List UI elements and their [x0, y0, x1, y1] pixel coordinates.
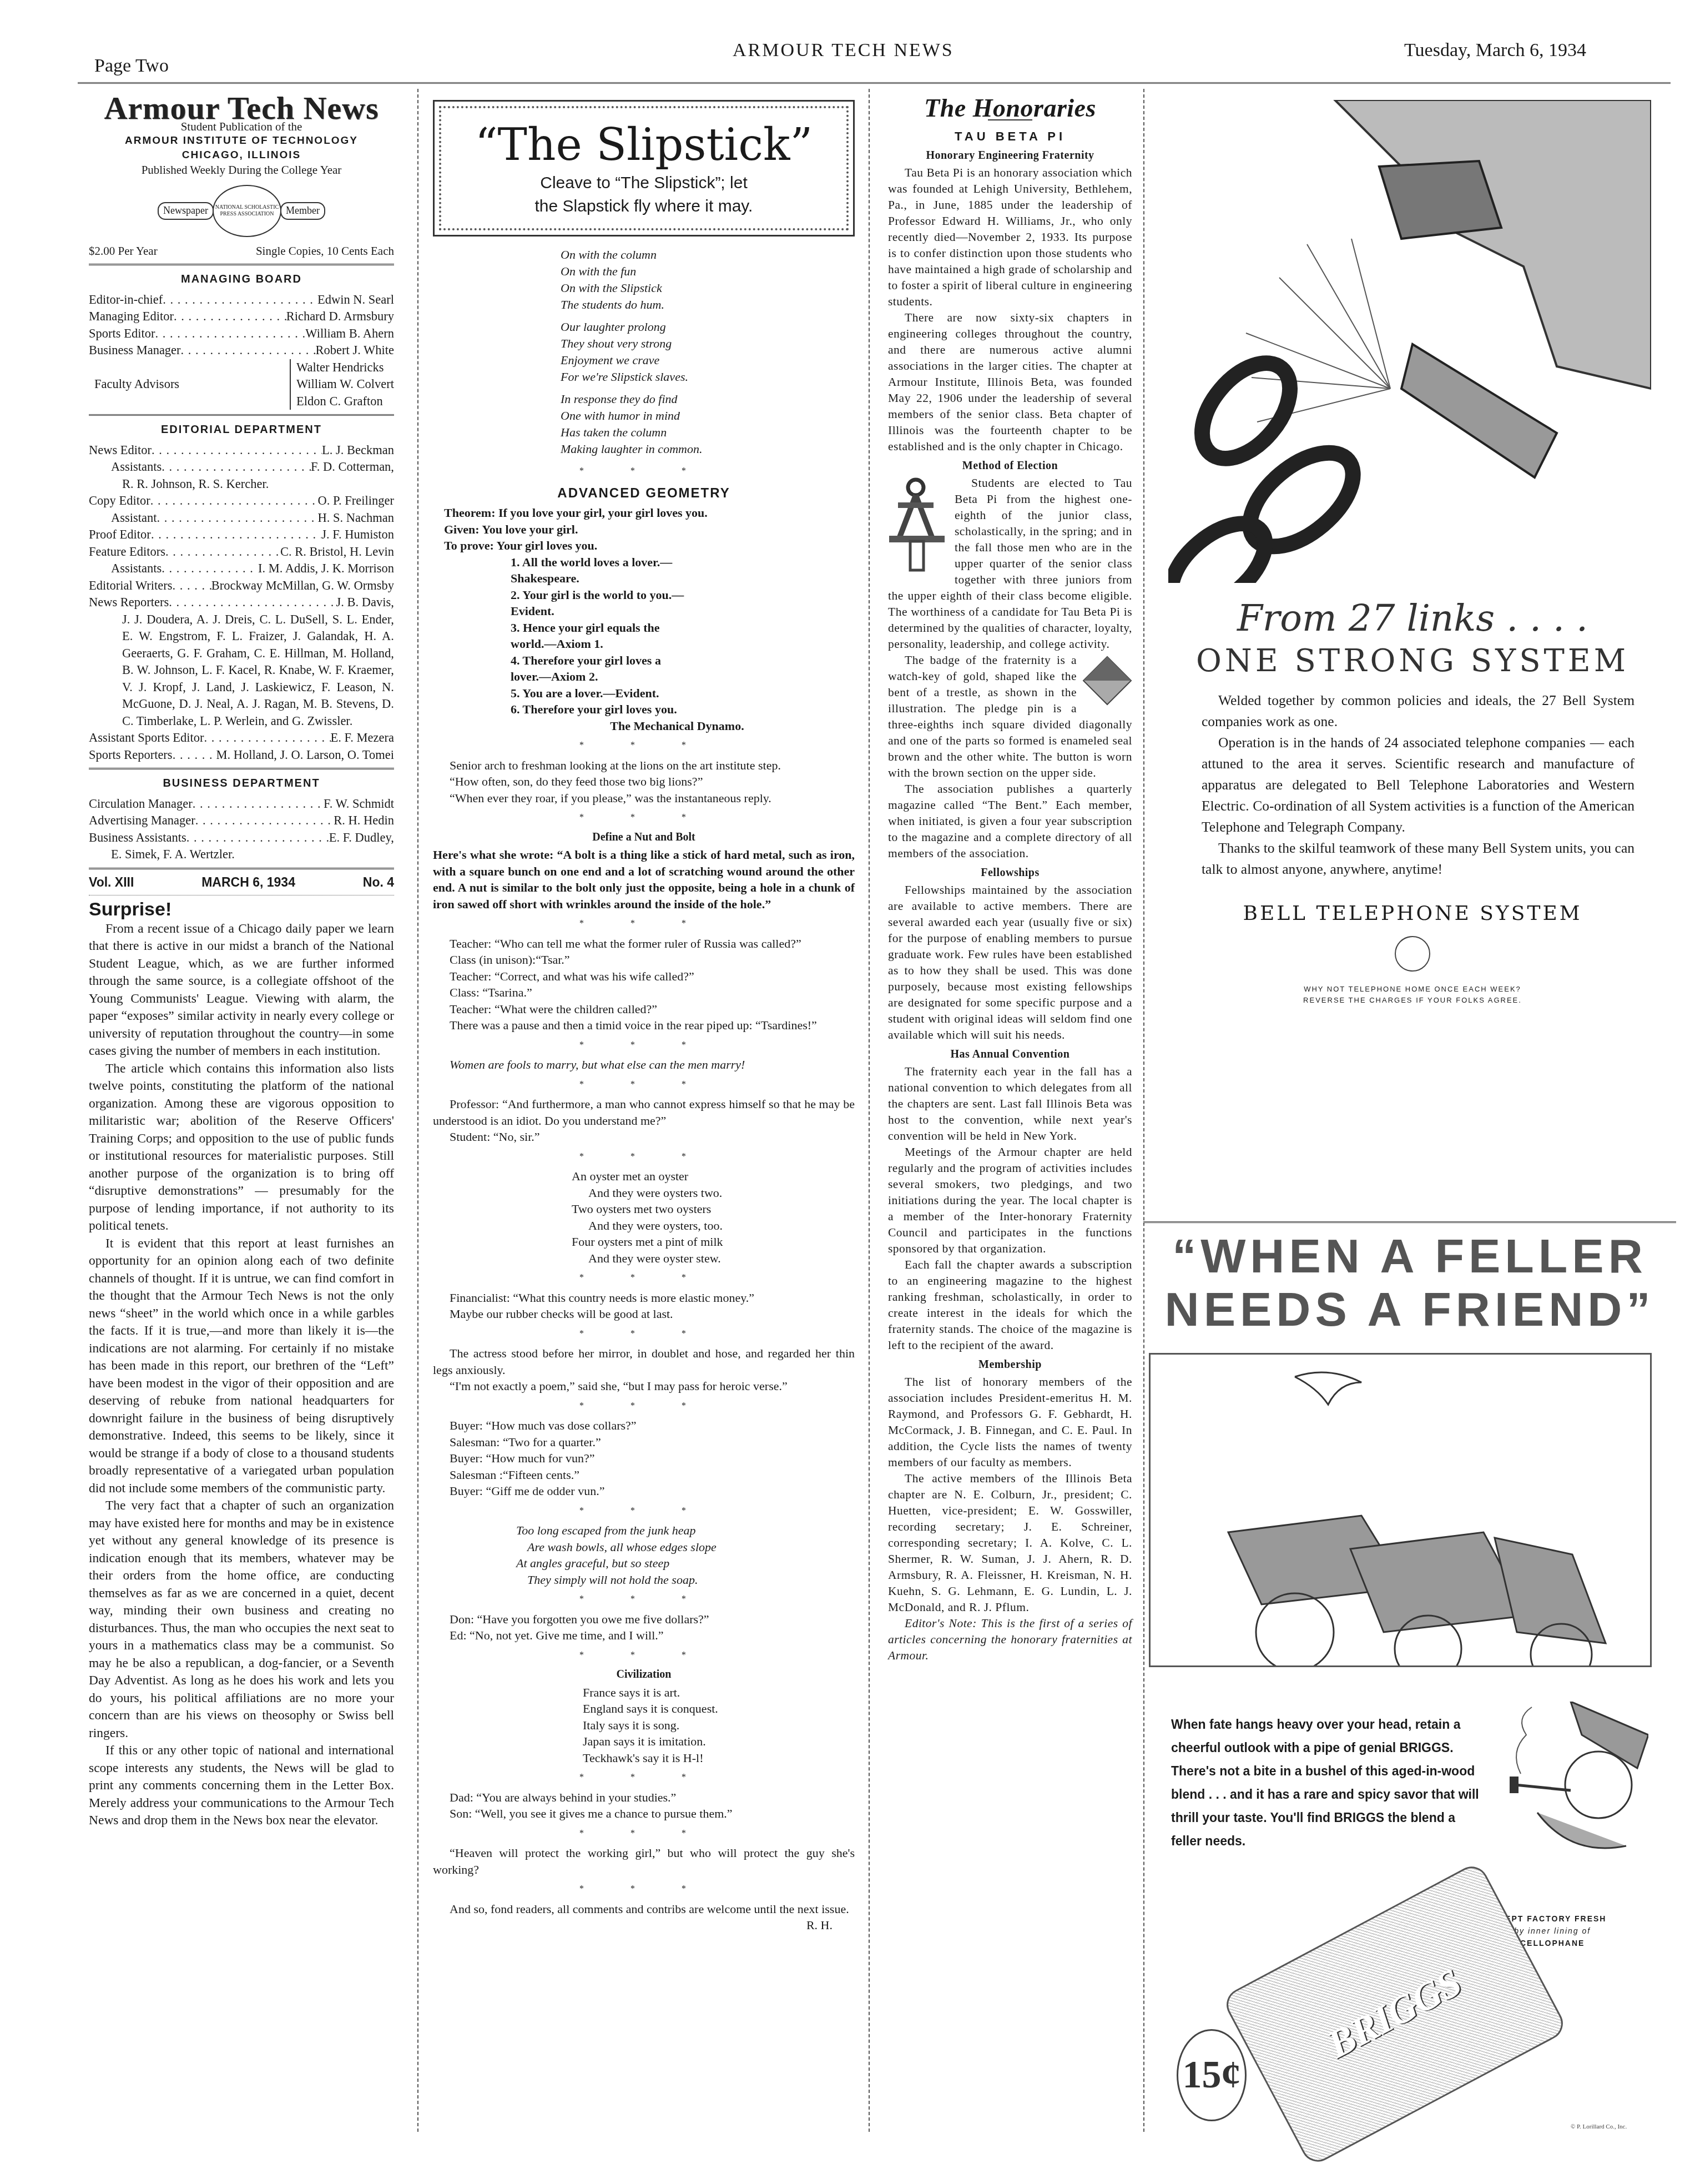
editorial-paragraph: The very fact that a chapter of such an … [89, 1497, 394, 1742]
staff-role: Sports Reporters [89, 747, 173, 764]
divider [89, 768, 394, 769]
ad-paragraph: Thanks to the skilful teamwork of these … [1202, 838, 1634, 880]
pricing-row: $2.00 Per Year Single Copies, 10 Cents E… [89, 243, 394, 260]
section-separator: * * * [433, 463, 855, 480]
proof-step: 1. All the world loves a lover.—Shakespe… [511, 554, 688, 587]
masthead-line: Published Weekly During the College Year [89, 163, 394, 177]
joke-line: Salesman: “Two for a quarter.” [450, 1434, 855, 1451]
section-separator: * * * [433, 1149, 855, 1165]
staff-role: Copy Editor [89, 492, 150, 510]
badge-right: Member [280, 202, 325, 220]
subheading: Has Annual Convention [888, 1046, 1132, 1063]
slipstick-column: “The Slipstick” Cleave to “The Slipstick… [433, 100, 855, 1934]
staff-row: Copy EditorO. P. Freilinger [89, 492, 394, 510]
section-separator: * * * [433, 737, 855, 754]
masthead-column: Armour Tech News Student Publication of … [89, 100, 394, 1830]
slipstick-banner: “The Slipstick” Cleave to “The Slipstick… [433, 100, 855, 236]
section-separator: * * * [433, 1881, 855, 1898]
poem-line: Has taken the column [561, 424, 855, 441]
editors-note: Editor's Note: This is the first of a se… [888, 1616, 1132, 1664]
staff-name: E. F. Dudley, [329, 829, 394, 847]
staff-name: E. F. Mezera [331, 729, 394, 747]
watch-key-badge-icon [888, 477, 949, 572]
poem-line: And they were oyster stew. [572, 1250, 855, 1267]
price-year: $2.00 Per Year [89, 243, 158, 260]
article-paragraph: The list of honorary members of the asso… [888, 1374, 1132, 1471]
tin-label: BRIGGS [1320, 1960, 1469, 2067]
joke-line: Don: “Have you forgotten you owe me five… [450, 1611, 855, 1628]
staff-name: L. J. Beckman [322, 442, 394, 459]
poem-line: For we're Slipstick slaves. [561, 369, 855, 385]
joke-line: Senior arch to freshman looking at the l… [433, 757, 855, 774]
volume-number: Vol. XIII [89, 874, 134, 891]
staff-row: News ReportersJ. B. Davis, [89, 594, 394, 611]
staff-name: Robert J. White [316, 342, 394, 359]
staff-row: News EditorL. J. Beckman [89, 442, 394, 459]
geometry-proof: 1. All the world loves a lover.—Shakespe… [433, 554, 688, 718]
staff-row: AssistantsF. D. Cotterman, [89, 459, 394, 476]
staff-role: Feature Editors [89, 544, 165, 561]
poem-line: On with the fun [561, 263, 855, 280]
staff-name: Edwin N. Searl [317, 291, 394, 309]
closing-line: And so, fond readers, all comments and c… [433, 1901, 855, 1918]
poem-line: On with the column [561, 246, 855, 263]
joke-line: Teacher: “What were the children called?… [433, 1001, 855, 1018]
poem-line: Four oysters met a pint of milk [572, 1234, 855, 1250]
editorial-paragraph: From a recent issue of a Chicago daily p… [89, 920, 394, 1060]
staff-row: Managing EditorRichard D. Armsbury [89, 308, 394, 325]
section-separator: * * * [433, 915, 855, 932]
section-heading: MANAGING BOARD [89, 271, 394, 288]
staff-name: H. S. Nachman [318, 510, 394, 527]
graduates-cartoon-icon [1149, 1353, 1652, 1667]
ad-copyright: © P. Lorillard Co., Inc. [1571, 2123, 1627, 2130]
staff-row: Editor-in-chiefEdwin N. Searl [89, 291, 394, 309]
section-separator: * * * [433, 1647, 855, 1664]
header-rule [78, 82, 1671, 84]
staff-role: News Reporters [89, 594, 169, 611]
poem-line: Two oysters met two oysters [572, 1201, 855, 1217]
editorial-paragraph: The article which contains this informat… [89, 1060, 394, 1235]
editorial-staff-list: News EditorL. J. Beckman AssistantsF. D.… [89, 442, 394, 764]
volume-date: MARCH 6, 1934 [201, 874, 295, 891]
staff-role: Assistant [111, 510, 157, 527]
staff-row: AssistantH. S. Nachman [89, 510, 394, 527]
poem-line: France says it is art. [583, 1684, 855, 1701]
poem-line: They simply will not hold the soap. [516, 1572, 855, 1588]
staff-role: Circulation Manager [89, 796, 193, 813]
poem-line: The students do hum. [561, 296, 855, 313]
staff-row: Feature EditorsC. R. Bristol, H. Levin [89, 544, 394, 561]
joke-line: “How often, son, do they feed those two … [433, 773, 855, 790]
ad-paragraph: Operation is in the hands of 24 associat… [1202, 732, 1634, 838]
fraternity-subtitle: Honorary Engineering Fraternity [888, 148, 1132, 164]
ad-headline: “WHEN A FELLER [1149, 1230, 1671, 1283]
poem-line: In response they do find [561, 391, 855, 407]
article-paragraph: The active members of the Illinois Beta … [888, 1471, 1132, 1616]
proof-step: 6. Therefore your girl loves you. [511, 701, 688, 718]
staff-names-continued: E. Simek, F. A. Wertzler. [89, 846, 394, 863]
article-paragraph: Tau Beta Pi is an honorary association w… [888, 165, 1132, 310]
staff-name: Brockway McMillan, G. W. Ormsby [211, 577, 394, 595]
ad-headline: From 27 links . . . . [1168, 597, 1657, 640]
poem-line: Making laughter in common. [561, 441, 855, 457]
masthead-line: CHICAGO, ILLINOIS [89, 148, 394, 163]
ad-subhead: ONE STRONG SYSTEM [1168, 643, 1657, 679]
poem-stanza: In response they do find One with humor … [433, 391, 855, 457]
joke-line: Buyer: “How much vas dose collars?” [450, 1417, 855, 1434]
bell-telephone-ad: From 27 links . . . . ONE STRONG SYSTEM … [1168, 100, 1657, 1006]
washbowl-poem: Too long escaped from the junk heap Are … [433, 1522, 855, 1588]
staff-row: Business ManagerRobert J. White [89, 342, 394, 359]
freshness-line: KEPT FACTORY FRESH [1499, 1913, 1606, 1925]
don-joke: Don: “Have you forgotten you owe me five… [433, 1611, 855, 1644]
staff-row: Business AssistantsE. F. Dudley, [89, 829, 394, 847]
editorial-paragraph: If this or any other topic of national a… [89, 1742, 394, 1830]
joke-line: There was a pause and then a timid voice… [433, 1017, 855, 1034]
proof-step: 3. Hence your girl equals the world.—Axi… [511, 620, 688, 652]
staff-name: R. H. Hedin [334, 812, 394, 829]
staff-role: Business Assistants [89, 829, 186, 847]
ad-divider [1143, 1221, 1676, 1223]
staff-row: Assistant Sports EditorE. F. Mezera [89, 729, 394, 747]
staff-name: William B. Ahern [305, 325, 394, 343]
proof-step: 5. You are a lover.—Evident. [511, 685, 688, 702]
joke-line: Salesman :“Fifteen cents.” [450, 1467, 855, 1483]
staff-role: Advertising Manager [89, 812, 195, 829]
article-paragraph: The fraternity each year in the fall has… [888, 1064, 1132, 1144]
ad-copy: When fate hangs heavy over your head, re… [1171, 1713, 1482, 1853]
staff-role: Faculty Advisors [89, 376, 179, 393]
divider [89, 895, 394, 895]
business-staff-list: Circulation ManagerF. W. Schmidt Adverti… [89, 796, 394, 863]
price-badge: 15¢ [1177, 2029, 1247, 2121]
staff-role: Managing Editor [89, 308, 174, 325]
joke-line: Ed: “No, not yet. Give me time, and I wi… [450, 1627, 855, 1644]
masthead-line: ARMOUR INSTITUTE OF TECHNOLOGY [89, 134, 394, 148]
poem-line: Teckhawk's say it is H-l! [583, 1750, 855, 1767]
poem-line: Too long escaped from the junk heap [516, 1522, 855, 1539]
masthead-title: Armour Tech News [89, 100, 394, 117]
staff-role: News Editor [89, 442, 152, 459]
staff-role: Business Manager [89, 342, 181, 359]
civilization-title: Civilization [433, 1667, 855, 1683]
poem-line: And they were oysters two. [572, 1185, 855, 1201]
staff-row: Circulation ManagerF. W. Schmidt [89, 796, 394, 813]
ad-body: Welded together by common policies and i… [1168, 690, 1657, 880]
divider [89, 414, 394, 416]
slipstick-subtitle: the Slapstick fly where it may. [447, 195, 841, 218]
column-divider [869, 89, 870, 2132]
staff-row: Proof EditorJ. F. Humiston [89, 526, 394, 544]
staff-name: O. P. Freilinger [318, 492, 395, 510]
joke-line: Buyer: “How much for vun?” [450, 1450, 855, 1467]
issue-number: No. 4 [363, 874, 394, 891]
staff-role: Editorial Writers [89, 577, 173, 595]
poem-line: Japan says it is imitation. [583, 1733, 855, 1750]
section-separator: * * * [433, 1591, 855, 1608]
joke-line: “Heaven will protect the working girl,” … [433, 1845, 855, 1878]
buyer-joke: Buyer: “How much vas dose collars?” Sale… [433, 1417, 855, 1499]
staff-name: Richard D. Armsbury [286, 308, 394, 325]
geometry-source: The Mechanical Dynamo. [433, 718, 855, 734]
divider [89, 264, 394, 265]
staff-name: J. B. Davis, [336, 594, 394, 611]
slipstick-subtitle: Cleave to “The Slipstick”; let [447, 172, 841, 195]
section-heading: EDITORIAL DEPARTMENT [89, 421, 394, 439]
joke-line: “When ever they roar, if you please,” wa… [433, 790, 855, 807]
joke-line: The actress stood before her mirror, in … [433, 1345, 855, 1378]
joke-line: Teacher: “Who can tell me what the forme… [433, 935, 855, 952]
briggs-tin-icon: BRIGGS [1221, 1861, 1569, 2167]
editorial-title: Surprise! [89, 901, 394, 918]
joke-line: Women are fools to marry, but what else … [433, 1056, 855, 1073]
civilization-list: France says it is art. England says it i… [433, 1684, 855, 1767]
geometry-theorem: Theorem: If you love your girl, your gir… [433, 505, 855, 521]
joke-line: Professor: “And furthermore, a man who c… [433, 1096, 855, 1129]
fraternity-name: TAU BETA PI [888, 128, 1132, 144]
geometry-title: ADVANCED GEOMETRY [433, 485, 855, 502]
section-separator: * * * [433, 1825, 855, 1842]
issue-date: Tuesday, March 6, 1934 [1404, 40, 1586, 61]
ad-footer-line: REVERSE THE CHARGES IF YOUR FOLKS AGREE. [1168, 995, 1657, 1006]
staff-role: Assistant Sports Editor [89, 729, 204, 747]
staff-name: F. W. Schmidt [324, 796, 394, 813]
article-paragraph: Meetings of the Armour chapter are held … [888, 1144, 1132, 1257]
column-divider [1143, 89, 1144, 2132]
poem-line: Are wash bowls, all whose edges slope [516, 1539, 855, 1556]
poem-line: Our laughter prolong [561, 319, 855, 335]
staff-row: Editorial WritersBrockway McMillan, G. W… [89, 577, 394, 595]
joke-line: Student: “No, sir.” [433, 1129, 855, 1145]
honoraries-title: The Honoraries [888, 100, 1132, 116]
ad-signature: BELL TELEPHONE SYSTEM [1168, 902, 1657, 925]
geometry-given: Given: You love your girl. [433, 521, 855, 538]
badge-left: Newspaper [158, 202, 214, 220]
section-separator: * * * [433, 1326, 855, 1342]
ad-paragraph: Welded together by common policies and i… [1202, 690, 1634, 732]
managing-board-list: Editor-in-chiefEdwin N. Searl Managing E… [89, 291, 394, 410]
poem-line: One with humor in mind [561, 407, 855, 424]
column-divider [417, 89, 418, 2132]
staff-names-continued: R. R. Johnson, R. S. Kercher. [89, 476, 394, 493]
staff-role: Sports Editor [89, 325, 155, 343]
section-separator: * * * [433, 1270, 855, 1286]
staff-name: C. R. Bristol, H. Levin [280, 544, 394, 561]
editorial-body: From a recent issue of a Chicago daily p… [89, 920, 394, 1830]
joke-line: Financialist: “What this country needs i… [433, 1290, 855, 1306]
subheading: Method of Election [888, 458, 1132, 474]
section-heading: BUSINESS DEPARTMENT [89, 775, 394, 792]
signature: R. H. [433, 1917, 855, 1934]
staff-role: Proof Editor [89, 526, 151, 544]
joke-line: Class: “Tsarina.” [433, 984, 855, 1001]
proof-step: 2. Your girl is the world to you.—Eviden… [511, 587, 688, 620]
staff-name: M. Holland, J. O. Larson, O. Tomei [216, 747, 394, 764]
poem-line: Italy says it is song. [583, 1717, 855, 1734]
divider [89, 868, 394, 869]
joke-line: Buyer: “Giff me de odder vun.” [450, 1483, 855, 1499]
section-separator: * * * [433, 1398, 855, 1415]
joke-line: Son: “Well, you see it gives me a chance… [433, 1805, 855, 1822]
poem-line: And they were oysters, too. [572, 1217, 855, 1234]
press-association-seal-icon: NATIONAL SCHOLASTIC PRESS ASSOCIATION [213, 185, 281, 237]
joke-line: Class (in unison):“Tsar.” [433, 952, 855, 968]
staff-row: Advertising ManagerR. H. Hedin [89, 812, 394, 829]
joke-line: Maybe our rubber checks will be good at … [433, 1306, 855, 1322]
bell-system-seal-icon [1395, 936, 1430, 972]
staff-name: F. D. Cotterman, [311, 459, 394, 476]
honoraries-column: The Honoraries TAU BETA PI Honorary Engi… [888, 100, 1132, 1664]
subheading: Membership [888, 1357, 1132, 1373]
poem-line: On with the Slipstick [561, 280, 855, 296]
ad-headline: NEEDS A FRIEND” [1149, 1283, 1671, 1336]
price-single: Single Copies, 10 Cents Each [256, 243, 394, 260]
article-paragraph: Fellowships maintained by the associatio… [888, 882, 1132, 1043]
poem-stanza: Our laughter prolong They shout very str… [433, 319, 855, 385]
poem-line: They shout very strong [561, 335, 855, 352]
geometry-prove: To prove: Your girl loves you. [433, 537, 855, 554]
poem-line: An oyster met an oyster [572, 1168, 855, 1185]
staff-role: Assistants [111, 560, 162, 577]
page-number: Page Two [94, 56, 169, 77]
nutbolt-title: Define a Nut and Bolt [433, 829, 855, 846]
staff-name: William W. Colvert [296, 376, 394, 393]
section-separator: * * * [433, 809, 855, 826]
faculty-advisors: Faculty Advisors Walter Hendricks Willia… [89, 359, 394, 410]
staff-role: Assistants [111, 459, 162, 476]
subheading: Fellowships [888, 865, 1132, 881]
staff-names-continued: J. J. Doudera, A. J. Dreis, C. L. DuSell… [89, 611, 394, 730]
staff-name: Walter Hendricks [296, 359, 394, 376]
nutbolt-text: Here's what she wrote: “A bolt is a thin… [433, 847, 855, 912]
editorial-paragraph: It is evident that this report at least … [89, 1235, 394, 1498]
poem-line: England says it is conquest. [583, 1700, 855, 1717]
section-separator: * * * [433, 1503, 855, 1519]
nspa-member-badge: Newspaper NATIONAL SCHOLASTIC PRESS ASSO… [89, 185, 394, 237]
oyster-poem: An oyster met an oyster And they were oy… [433, 1168, 855, 1266]
pipe-smoker-cartoon-icon [1504, 1702, 1648, 1857]
staff-name: Eldon C. Grafton [296, 393, 394, 410]
section-separator: * * * [433, 1769, 855, 1786]
section-separator: * * * [433, 1037, 855, 1054]
poem-line: Enjoyment we crave [561, 352, 855, 369]
staff-row: Sports ReportersM. Holland, J. O. Larson… [89, 747, 394, 764]
staff-row: AssistantsI. M. Addis, J. K. Morrison [89, 560, 394, 577]
proof-step: 4. Therefore your girl loves a lover.—Ax… [511, 652, 688, 685]
joke-line: Dad: “You are always behind in your stud… [433, 1789, 855, 1806]
volume-line: Vol. XIII MARCH 6, 1934 No. 4 [89, 874, 394, 891]
paper-name: ARMOUR TECH NEWS [733, 40, 954, 61]
article-paragraph: The association publishes a quarterly ma… [888, 781, 1132, 862]
pledge-pin-icon [1082, 656, 1132, 706]
ad-footer: WHY NOT TELEPHONE HOME ONCE EACH WEEK? R… [1168, 984, 1657, 1006]
welder-chain-illustration-icon [1168, 100, 1651, 583]
staff-row: Sports EditorWilliam B. Ahern [89, 325, 394, 343]
ad-footer-line: WHY NOT TELEPHONE HOME ONCE EACH WEEK? [1168, 984, 1657, 995]
slipstick-title: “The Slipstick” [447, 118, 841, 172]
poem-line: At angles graceful, but so steep [516, 1555, 855, 1572]
joke-line: Teacher: “Correct, and what was his wife… [433, 968, 855, 985]
staff-name: J. F. Humiston [321, 526, 394, 544]
briggs-tobacco-ad: “WHEN A FELLER NEEDS A FRIEND” When fate… [1149, 1230, 1671, 2173]
staff-role: Editor-in-chief [89, 291, 163, 309]
article-paragraph: There are now sixty-six chapters in engi… [888, 310, 1132, 455]
article-paragraph: Each fall the chapter awards a subscript… [888, 1257, 1132, 1353]
staff-name: I. M. Addis, J. K. Morrison [258, 560, 394, 577]
poem-stanza: On with the column On with the fun On wi… [433, 246, 855, 313]
section-separator: * * * [433, 1076, 855, 1093]
joke-line: “I'm not exactly a poem,” said she, “but… [433, 1378, 855, 1395]
